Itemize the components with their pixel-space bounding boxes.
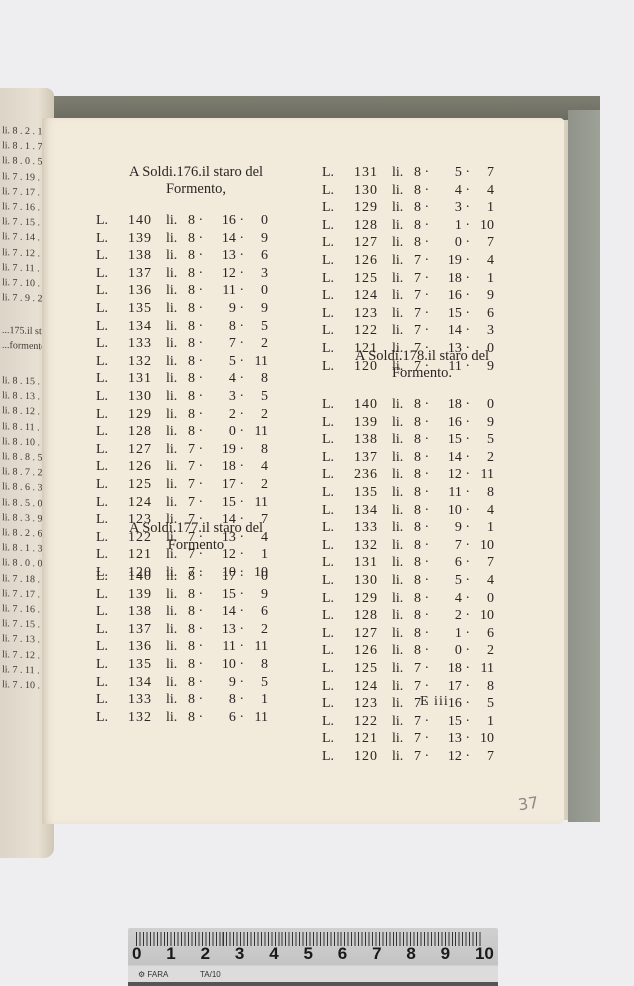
soldi-value: 17 · <box>210 476 244 494</box>
row-number: 129 <box>354 590 392 608</box>
denari-value: 8 <box>244 441 268 459</box>
row-label: L. <box>322 660 354 678</box>
lire-value: 8 · <box>188 388 210 406</box>
lire-label: li. <box>392 678 414 696</box>
row-label: L. <box>322 484 354 502</box>
lire-label: li. <box>166 265 188 283</box>
row-number: 137 <box>128 621 166 639</box>
lire-label: li. <box>166 353 188 371</box>
row-number: 129 <box>354 199 392 217</box>
row-label: L. <box>96 247 128 265</box>
row-number: 134 <box>128 318 166 336</box>
denari-value: 0 <box>244 568 268 586</box>
table-row: L.135li.8 ·11 ·8 <box>322 484 494 502</box>
denari-value: 10 <box>470 730 494 748</box>
row-number: 132 <box>128 709 166 727</box>
denari-value: 2 <box>244 335 268 353</box>
lire-label: li. <box>392 270 414 288</box>
price-table: L.131li.8 ·5 ·7L.130li.8 ·4 ·4L.129li.8 … <box>322 164 494 375</box>
denari-value: 11 <box>244 494 268 512</box>
row-label: L. <box>96 691 128 709</box>
denari-value: 5 <box>244 674 268 692</box>
row-number: 132 <box>354 537 392 555</box>
table-row: L.123li.7 ·15 ·6 <box>322 305 494 323</box>
row-label: L. <box>322 164 354 182</box>
row-number: 126 <box>128 458 166 476</box>
soldi-value: 15 · <box>436 431 470 449</box>
section-heading-line1: A Soldi.178.il staro del <box>355 348 489 364</box>
table-row: L.128li.8 ·2 ·10 <box>322 607 494 625</box>
row-label: L. <box>322 322 354 340</box>
lire-value: 8 · <box>414 449 436 467</box>
ruler-number: 2 <box>201 944 210 964</box>
ruler-number: 6 <box>338 944 347 964</box>
ruler-number: 5 <box>303 944 312 964</box>
ruler-number: 8 <box>406 944 415 964</box>
lire-value: 8 · <box>414 590 436 608</box>
table-row: L.127li.8 ·1 ·6 <box>322 625 494 643</box>
lire-value: 8 · <box>414 554 436 572</box>
lire-value: 8 · <box>414 642 436 660</box>
lire-label: li. <box>392 590 414 608</box>
lire-label: li. <box>166 230 188 248</box>
soldi-value: 15 · <box>210 586 244 604</box>
row-label: L. <box>96 335 128 353</box>
table-row: L.134li.8 ·9 ·5 <box>96 674 268 692</box>
lire-value: 7 · <box>414 287 436 305</box>
lire-value: 8 · <box>188 568 210 586</box>
row-number: 135 <box>354 484 392 502</box>
row-number: 123 <box>354 305 392 323</box>
table-row: L.135li.8 ·9 ·9 <box>96 300 268 318</box>
lire-label: li. <box>166 458 188 476</box>
row-label: L. <box>322 502 354 520</box>
row-number: 137 <box>354 449 392 467</box>
table-row: L.134li.8 ·10 ·4 <box>322 502 494 520</box>
table-row: L.138li.8 ·14 ·6 <box>96 603 268 621</box>
lire-label: li. <box>392 607 414 625</box>
lire-value: 8 · <box>188 638 210 656</box>
denari-value: 11 <box>244 638 268 656</box>
lire-value: 7 · <box>188 441 210 459</box>
row-number: 126 <box>354 642 392 660</box>
denari-value: 1 <box>244 691 268 709</box>
lire-label: li. <box>392 572 414 590</box>
soldi-value: 3 · <box>436 199 470 217</box>
table-row: L.140li.8 ·16 ·0 <box>96 212 268 230</box>
ruler-model: TA/10 <box>200 970 221 979</box>
denari-value: 4 <box>470 502 494 520</box>
soldi-value: 2 · <box>210 406 244 424</box>
lire-label: li. <box>166 282 188 300</box>
row-number: 132 <box>128 353 166 371</box>
ruler-brand-label: FARA <box>147 970 168 979</box>
section-heading-line2: Formento, <box>96 181 296 198</box>
row-label: L. <box>96 458 128 476</box>
row-label: L. <box>322 305 354 323</box>
lire-label: li. <box>166 370 188 388</box>
row-number: 128 <box>354 607 392 625</box>
row-label: L. <box>96 318 128 336</box>
row-number: 120 <box>354 748 392 766</box>
table-row: L.138li.8 ·13 ·6 <box>96 247 268 265</box>
table-row: L.139li.8 ·14 ·9 <box>96 230 268 248</box>
lire-label: li. <box>392 199 414 217</box>
soldi-value: 17 · <box>210 568 244 586</box>
lire-label: li. <box>392 519 414 537</box>
lire-label: li. <box>392 182 414 200</box>
row-number: 131 <box>354 164 392 182</box>
ruler-number: 4 <box>269 944 278 964</box>
lire-label: li. <box>166 441 188 459</box>
pencil-folio-number: 37 <box>517 793 540 815</box>
lire-label: li. <box>392 287 414 305</box>
table-section-177: A Soldi.177.il staro del Formento L.140l… <box>96 520 296 726</box>
table-row: L.137li.8 ·14 ·2 <box>322 449 494 467</box>
soldi-value: 9 · <box>210 300 244 318</box>
table-row: L.135li.8 ·10 ·8 <box>96 656 268 674</box>
row-label: L. <box>96 282 128 300</box>
lire-value: 7 · <box>414 322 436 340</box>
denari-value: 5 <box>470 431 494 449</box>
row-label: L. <box>322 678 354 696</box>
soldi-value: 0 · <box>436 234 470 252</box>
row-number: 135 <box>128 300 166 318</box>
lire-value: 8 · <box>188 621 210 639</box>
lire-value: 7 · <box>414 713 436 731</box>
soldi-value: 6 · <box>436 554 470 572</box>
denari-value: 5 <box>470 695 494 713</box>
lire-value: 8 · <box>414 182 436 200</box>
row-number: 139 <box>128 230 166 248</box>
row-number: 124 <box>354 678 392 696</box>
row-number: 130 <box>354 572 392 590</box>
lire-value: 8 · <box>414 607 436 625</box>
lire-value: 8 · <box>414 199 436 217</box>
table-row: L.129li.8 ·2 ·2 <box>96 406 268 424</box>
lire-label: li. <box>392 414 414 432</box>
row-label: L. <box>96 674 128 692</box>
row-number: 138 <box>354 431 392 449</box>
row-label: L. <box>96 212 128 230</box>
soldi-value: 12 · <box>436 748 470 766</box>
row-number: 124 <box>354 287 392 305</box>
table-row: L.131li.8 ·6 ·7 <box>322 554 494 572</box>
denari-value: 8 <box>470 484 494 502</box>
lire-label: li. <box>166 494 188 512</box>
lire-value: 8 · <box>188 212 210 230</box>
row-number: 128 <box>128 423 166 441</box>
lire-value: 8 · <box>414 396 436 414</box>
table-row: L.130li.8 ·4 ·4 <box>322 182 494 200</box>
lire-value: 8 · <box>188 282 210 300</box>
table-row: L.125li.7 ·18 ·1 <box>322 270 494 288</box>
lire-value: 7 · <box>188 458 210 476</box>
row-label: L. <box>322 748 354 766</box>
row-label: L. <box>96 603 128 621</box>
ruler-number: 9 <box>441 944 450 964</box>
ruler-number: 3 <box>235 944 244 964</box>
ruler-shadow <box>128 982 498 986</box>
lire-value: 7 · <box>414 270 436 288</box>
table-row: L.128li.8 ·1 ·10 <box>322 217 494 235</box>
soldi-value: 13 · <box>210 247 244 265</box>
lire-label: li. <box>166 603 188 621</box>
row-number: 134 <box>128 674 166 692</box>
denari-value: 7 <box>470 234 494 252</box>
table-row: L.140li.8 ·17 ·0 <box>96 568 268 586</box>
lire-label: li. <box>166 691 188 709</box>
denari-value: 5 <box>244 388 268 406</box>
row-number: 138 <box>128 247 166 265</box>
lire-label: li. <box>392 396 414 414</box>
price-table: L.140li.8 ·18 ·0L.139li.8 ·16 ·9L.138li.… <box>322 396 494 765</box>
row-number: 125 <box>354 660 392 678</box>
denari-value: 4 <box>470 572 494 590</box>
row-number: 136 <box>128 282 166 300</box>
soldi-value: 7 · <box>210 335 244 353</box>
row-label: L. <box>322 554 354 572</box>
lire-value: 8 · <box>188 335 210 353</box>
row-label: L. <box>96 621 128 639</box>
row-label: L. <box>96 656 128 674</box>
ruler-number: 10 <box>475 944 494 964</box>
lire-value: 8 · <box>188 230 210 248</box>
row-label: L. <box>322 431 354 449</box>
table-section-177-continued: L.131li.8 ·5 ·7L.130li.8 ·4 ·4L.129li.8 … <box>322 164 522 375</box>
lire-value: 8 · <box>414 466 436 484</box>
soldi-value: 14 · <box>210 230 244 248</box>
section-heading-line2: Formento. <box>322 365 522 382</box>
lire-label: li. <box>392 502 414 520</box>
row-label: L. <box>96 388 128 406</box>
table-row: L.131li.8 ·5 ·7 <box>322 164 494 182</box>
ruler-number: 7 <box>372 944 381 964</box>
row-number: 129 <box>128 406 166 424</box>
ruler-numbers: 012345678910 <box>132 944 494 964</box>
row-label: L. <box>322 519 354 537</box>
row-number: 122 <box>354 713 392 731</box>
denari-value: 8 <box>244 656 268 674</box>
table-row: L.129li.8 ·4 ·0 <box>322 590 494 608</box>
lire-label: li. <box>166 335 188 353</box>
row-number: 139 <box>354 414 392 432</box>
lire-value: 8 · <box>188 265 210 283</box>
soldi-value: 0 · <box>210 423 244 441</box>
soldi-value: 15 · <box>436 713 470 731</box>
lire-value: 7 · <box>414 660 436 678</box>
price-table: L.140li.8 ·17 ·0L.139li.8 ·15 ·9L.138li.… <box>96 568 268 726</box>
table-row: L.122li.7 ·15 ·1 <box>322 713 494 731</box>
row-number: 133 <box>128 691 166 709</box>
row-number: 140 <box>128 212 166 230</box>
section-heading-line1: A Soldi.176.il staro del <box>129 164 263 180</box>
row-label: L. <box>96 265 128 283</box>
soldi-value: 4 · <box>436 590 470 608</box>
scale-ruler: 012345678910 ⚙ FARA TA/10 <box>128 928 498 986</box>
row-label: L. <box>322 537 354 555</box>
soldi-value: 8 · <box>210 318 244 336</box>
row-label: L. <box>96 709 128 727</box>
row-label: L. <box>322 466 354 484</box>
lire-value: 8 · <box>414 217 436 235</box>
row-number: 137 <box>128 265 166 283</box>
lire-label: li. <box>166 318 188 336</box>
soldi-value: 11 · <box>210 638 244 656</box>
lire-value: 8 · <box>188 406 210 424</box>
lire-label: li. <box>166 476 188 494</box>
row-label: L. <box>322 449 354 467</box>
lire-label: li. <box>166 423 188 441</box>
soldi-value: 7 · <box>436 537 470 555</box>
row-number: 135 <box>128 656 166 674</box>
lire-value: 8 · <box>188 586 210 604</box>
lire-label: li. <box>166 568 188 586</box>
lire-value: 8 · <box>188 318 210 336</box>
soldi-value: 2 · <box>436 607 470 625</box>
denari-value: 9 <box>244 586 268 604</box>
row-label: L. <box>322 270 354 288</box>
row-number: 122 <box>354 322 392 340</box>
denari-value: 2 <box>470 642 494 660</box>
soldi-value: 4 · <box>210 370 244 388</box>
row-label: L. <box>96 230 128 248</box>
lire-label: li. <box>392 660 414 678</box>
row-number: 125 <box>128 476 166 494</box>
lire-label: li. <box>392 164 414 182</box>
row-number: 124 <box>128 494 166 512</box>
soldi-value: 6 · <box>210 709 244 727</box>
table-row: L.139li.8 ·16 ·9 <box>322 414 494 432</box>
lire-label: li. <box>166 656 188 674</box>
row-number: 131 <box>354 554 392 572</box>
table-row: L.130li.8 ·3 ·5 <box>96 388 268 406</box>
denari-value: 10 <box>470 537 494 555</box>
lire-label: li. <box>166 638 188 656</box>
section-heading: A Soldi.176.il staro del Formento, <box>96 164 296 198</box>
lire-label: li. <box>166 212 188 230</box>
lire-label: li. <box>392 730 414 748</box>
lire-label: li. <box>166 709 188 727</box>
table-row: L.132li.8 ·7 ·10 <box>322 537 494 555</box>
table-row: L.122li.7 ·14 ·3 <box>322 322 494 340</box>
denari-value: 6 <box>470 625 494 643</box>
table-row: L.132li.8 ·6 ·11 <box>96 709 268 727</box>
table-row: L.137li.8 ·13 ·2 <box>96 621 268 639</box>
lire-value: 8 · <box>414 431 436 449</box>
table-row: L.124li.7 ·16 ·9 <box>322 287 494 305</box>
denari-value: 10 <box>470 217 494 235</box>
lire-label: li. <box>392 449 414 467</box>
denari-value: 2 <box>244 406 268 424</box>
denari-value: 0 <box>244 212 268 230</box>
denari-value: 9 <box>244 300 268 318</box>
lire-value: 7 · <box>414 305 436 323</box>
row-label: L. <box>96 638 128 656</box>
denari-value: 3 <box>470 322 494 340</box>
row-label: L. <box>96 370 128 388</box>
lire-value: 7 · <box>414 748 436 766</box>
row-number: 127 <box>354 234 392 252</box>
lire-label: li. <box>166 674 188 692</box>
soldi-value: 0 · <box>436 642 470 660</box>
table-row: L.128li.8 ·0 ·11 <box>96 423 268 441</box>
lire-label: li. <box>392 713 414 731</box>
row-label: L. <box>322 252 354 270</box>
row-number: 130 <box>128 388 166 406</box>
denari-value: 1 <box>470 713 494 731</box>
lire-label: li. <box>392 217 414 235</box>
lire-label: li. <box>166 406 188 424</box>
soldi-value: 1 · <box>436 625 470 643</box>
denari-value: 0 <box>470 590 494 608</box>
lire-value: 8 · <box>188 603 210 621</box>
ruler-number: 0 <box>132 944 141 964</box>
lire-label: li. <box>392 322 414 340</box>
row-number: 140 <box>128 568 166 586</box>
soldi-value: 5 · <box>436 164 470 182</box>
soldi-value: 14 · <box>436 449 470 467</box>
soldi-value: 17 · <box>436 678 470 696</box>
lire-value: 8 · <box>188 674 210 692</box>
lire-label: li. <box>166 621 188 639</box>
denari-value: 10 <box>470 607 494 625</box>
denari-value: 4 <box>470 252 494 270</box>
denari-value: 1 <box>470 270 494 288</box>
soldi-value: 16 · <box>436 414 470 432</box>
denari-value: 7 <box>470 554 494 572</box>
soldi-value: 11 · <box>436 484 470 502</box>
table-row: L.236li.8 ·12 ·11 <box>322 466 494 484</box>
section-heading: A Soldi.177.il staro del Formento <box>96 520 296 554</box>
folder-right-flap <box>568 110 600 822</box>
table-row: L.130li.8 ·5 ·4 <box>322 572 494 590</box>
table-row: L.123li.7 ·16 ·5 <box>322 695 494 713</box>
soldi-value: 3 · <box>210 388 244 406</box>
soldi-value: 19 · <box>436 252 470 270</box>
lire-value: 7 · <box>414 252 436 270</box>
lire-value: 8 · <box>414 519 436 537</box>
denari-value: 2 <box>244 476 268 494</box>
lire-label: li. <box>392 252 414 270</box>
soldi-value: 12 · <box>210 265 244 283</box>
soldi-value: 13 · <box>436 730 470 748</box>
table-row: L.139li.8 ·15 ·9 <box>96 586 268 604</box>
row-label: L. <box>96 441 128 459</box>
table-row: L.136li.8 ·11 ·11 <box>96 638 268 656</box>
row-number: 127 <box>128 441 166 459</box>
row-number: 134 <box>354 502 392 520</box>
lire-value: 8 · <box>414 164 436 182</box>
lire-label: li. <box>392 748 414 766</box>
row-number: 133 <box>354 519 392 537</box>
lire-value: 7 · <box>414 678 436 696</box>
table-row: L.133li.8 ·7 ·2 <box>96 335 268 353</box>
denari-value: 7 <box>470 164 494 182</box>
denari-value: 0 <box>244 282 268 300</box>
denari-value: 11 <box>244 423 268 441</box>
denari-value: 11 <box>470 466 494 484</box>
row-label: L. <box>322 607 354 625</box>
lire-label: li. <box>392 642 414 660</box>
soldi-value: 5 · <box>436 572 470 590</box>
section-heading: A Soldi.178.il staro del Formento. <box>322 348 522 382</box>
row-label: L. <box>322 572 354 590</box>
denari-value: 1 <box>470 519 494 537</box>
denari-value: 3 <box>244 265 268 283</box>
soldi-value: 5 · <box>210 353 244 371</box>
soldi-value: 10 · <box>210 656 244 674</box>
